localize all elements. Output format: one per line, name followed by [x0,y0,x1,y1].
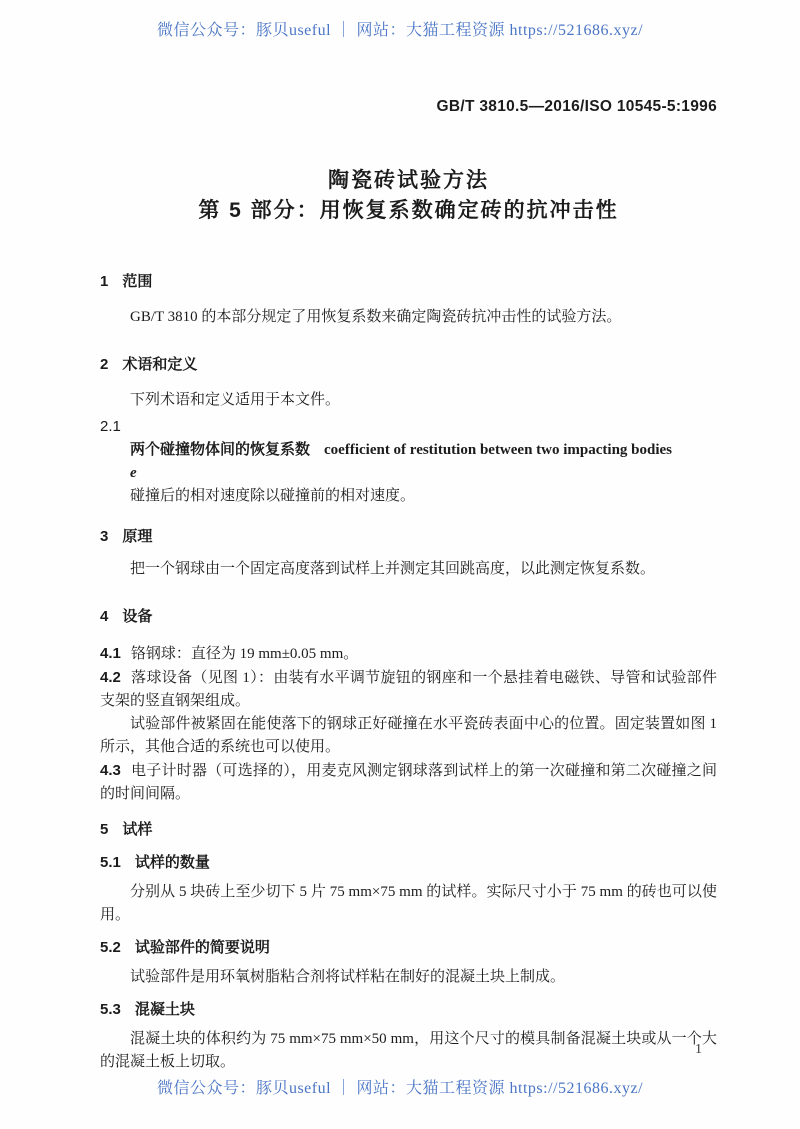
clause-4-1-text: 铬钢球：直径为 19 mm±0.05 mm。 [131,646,358,662]
document-title: 陶瓷砖试验方法 第 5 部分：用恢复系数确定砖的抗冲击性 [100,166,717,226]
document-title-line2: 第 5 部分：用恢复系数确定砖的抗冲击性 [100,196,717,226]
clause-4-3: 4.3电子计时器（可选择的），用麦克风测定钢球落到试样上的第一次碰撞和第二次碰撞… [100,759,717,806]
clause-5-3-paragraph: 混凝土块的体积约为 75 mm×75 mm×50 mm，用这个尺寸的模具制备混凝… [100,1028,717,1074]
section-2-title: 术语和定义 [122,356,197,373]
clause-5-3-title: 混凝土块 [135,1001,195,1018]
clause-5-1-paragraph: 分别从 5 块砖上至少切下 5 片 75 mm×75 mm 的试样。实际尺寸小于… [100,881,717,927]
section-2-heading: 2术语和定义 [100,353,717,376]
section-1-paragraph: GB/T 3810 的本部分规定了用恢复系数来确定陶瓷砖抗冲击性的试验方法。 [100,306,717,329]
term-english: coefficient of restitution between two i… [324,442,672,458]
term-definition-text: 碰撞后的相对速度除以碰撞前的相对速度。 [100,485,717,508]
clause-5-2-heading: 5.2试验部件的简要说明 [100,936,717,959]
section-1-number: 1 [100,273,108,290]
clause-4-1: 4.1铬钢球：直径为 19 mm±0.05 mm。 [100,642,717,666]
section-3-number: 3 [100,528,108,545]
clause-5-2-title: 试验部件的简要说明 [135,939,270,956]
standard-code: GB/T 3810.5—2016/ISO 10545-5:1996 [100,98,717,116]
clause-4-2-text: 落球设备（见图 1）：由装有水平调节旋钮的钢座和一个悬挂着电磁铁、导管和试验部件… [100,670,717,709]
section-5-title: 试样 [122,821,152,838]
section-5-heading: 5试样 [100,818,717,841]
section-3-paragraph: 把一个钢球由一个固定高度落到试样上并测定其回跳高度，以此测定恢复系数。 [100,558,717,581]
clause-5-2-paragraph: 试验部件是用环氧树脂粘合剂将试样粘在制好的混凝土块上制成。 [100,966,717,989]
section-1-title: 范围 [122,273,152,290]
section-1-heading: 1范围 [100,270,717,293]
section-4-title: 设备 [122,608,152,625]
clause-5-3-heading: 5.3混凝土块 [100,998,717,1021]
section-4-number: 4 [100,608,108,625]
clause-5-2-number: 5.2 [100,939,121,956]
clause-5-1-number: 5.1 [100,854,121,871]
clause-4-1-number: 4.1 [100,645,121,662]
term-chinese: 两个碰撞物体间的恢复系数 [130,441,310,458]
clause-2-1-number: 2.1 [100,415,717,438]
term-definition-line: 两个碰撞物体间的恢复系数coefficient of restitution b… [100,438,717,462]
clause-5-1-title: 试样的数量 [135,854,210,871]
clause-4-2-number: 4.2 [100,669,121,686]
section-4-heading: 4设备 [100,605,717,628]
section-3-heading: 3原理 [100,525,717,548]
section-5-number: 5 [100,821,108,838]
clause-5-3-number: 5.3 [100,1001,121,1018]
document-page: 微信公众号：豚贝useful ｜ 网站：大猫工程资源 https://52168… [0,0,800,1129]
section-4-paragraph: 试验部件被紧固在能使落下的钢球正好碰撞在水平瓷砖表面中心的位置。固定装置如图 1… [100,713,717,759]
section-3-title: 原理 [122,528,152,545]
section-2-paragraph: 下列术语和定义适用于本文件。 [100,389,717,412]
page-number: 1 [695,1042,702,1058]
term-symbol: e [100,462,717,485]
clause-5-1-heading: 5.1试样的数量 [100,851,717,874]
clause-4-2: 4.2落球设备（见图 1）：由装有水平调节旋钮的钢座和一个悬挂着电磁铁、导管和试… [100,666,717,713]
document-content: GB/T 3810.5—2016/ISO 10545-5:1996 陶瓷砖试验方… [100,0,717,1074]
section-2-number: 2 [100,356,108,373]
footer-watermark: 微信公众号：豚贝useful ｜ 网站：大猫工程资源 https://52168… [0,1075,800,1098]
clause-4-3-text: 电子计时器（可选择的），用麦克风测定钢球落到试样上的第一次碰撞和第二次碰撞之间的… [100,763,717,802]
clause-4-3-number: 4.3 [100,762,121,779]
document-title-line1: 陶瓷砖试验方法 [100,166,717,196]
